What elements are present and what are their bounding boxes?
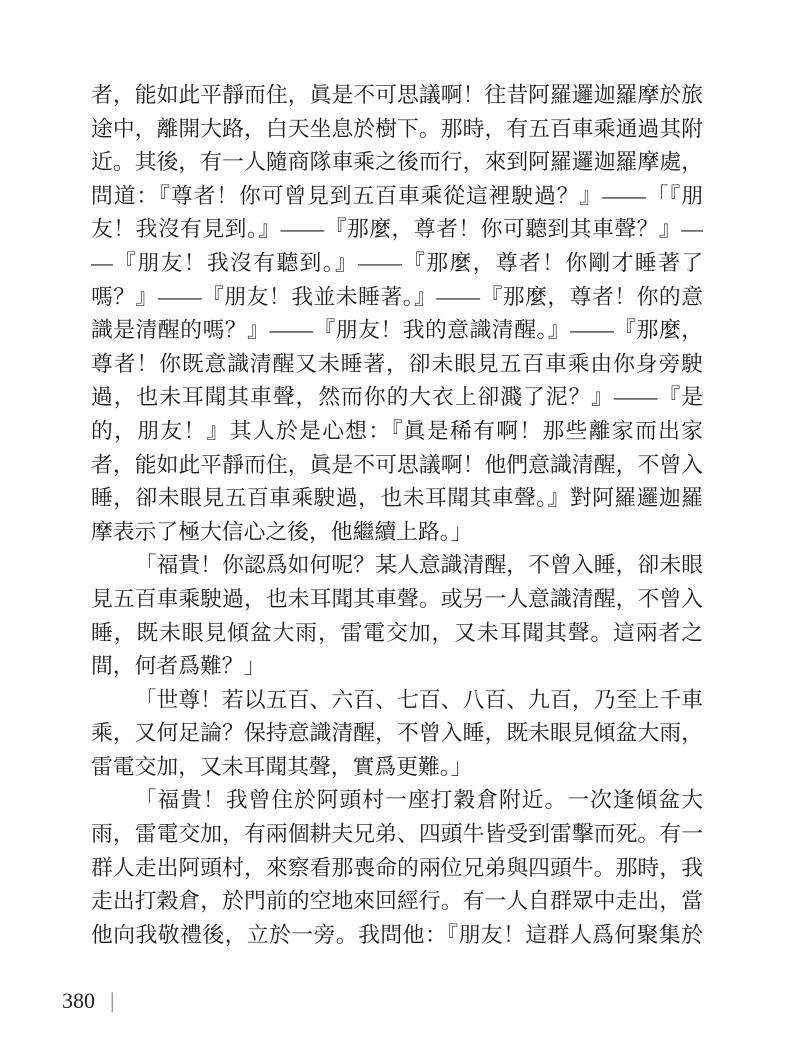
- text-line: 友！我沒有見到。』——『那麼，尊者！你可聽到其車聲？』—: [91, 213, 703, 247]
- text-block: 者，能如此平靜而住，眞是不可思議啊！往昔阿羅邏迦羅摩於旅 途中，離開大路，白天坐…: [91, 79, 703, 952]
- page-footer: 380|: [62, 988, 114, 1014]
- text-line: 識是清醒的嗎？』——『朋友！我的意識清醒。』——『那麼，: [91, 314, 703, 348]
- text-line: 「福貴！你認爲如何呢？某人意識清醒，不曾入睡，卻未眼: [91, 549, 703, 583]
- footer-divider: |: [111, 988, 114, 1014]
- text-line: 見五百車乘駛過，也未耳聞其車聲。或另一人意識清醒，不曾入: [91, 583, 703, 617]
- text-line: 摩表示了極大信心之後，他繼續上路。」: [91, 516, 703, 550]
- text-line: 雨，雷電交加，有兩個耕夫兄弟、四頭牛皆受到雷擊而死。有一: [91, 818, 703, 852]
- text-line: 睡，卻未眼見五百車乘駛過，也未耳聞其車聲。』對阿羅邏迦羅: [91, 482, 703, 516]
- text-line: 雷電交加，又未耳聞其聲，實爲更難。」: [91, 751, 703, 785]
- text-line: 者，能如此平靜而住，眞是不可思議啊！他們意識清醒，不曾入: [91, 449, 703, 483]
- text-line: 問道：『尊者！你可曾見到五百車乘從這裡駛過？』——「『朋: [91, 180, 703, 214]
- text-line: 「世尊！若以五百、六百、七百、八百、九百，乃至上千車: [91, 684, 703, 718]
- page-number: 380: [62, 988, 95, 1013]
- text-line: 途中，離開大路，白天坐息於樹下。那時，有五百車乘通過其附: [91, 113, 703, 147]
- text-line: 間，何者爲難？」: [91, 650, 703, 684]
- text-line: 睡，既未眼見傾盆大雨，雷電交加，又未耳聞其聲。這兩者之: [91, 617, 703, 651]
- text-line: 他向我敬禮後，立於一旁。我問他：『朋友！這群人爲何聚集於: [91, 919, 703, 953]
- text-line: 尊者！你既意識清醒又未睡著，卻未眼見五百車乘由你身旁駛: [91, 348, 703, 382]
- text-line: 過，也未耳聞其車聲，然而你的大衣上卻濺了泥？』——『是: [91, 381, 703, 415]
- text-line: 走出打穀倉，於門前的空地來回經行。有一人自群眾中走出，當: [91, 885, 703, 919]
- book-page: 者，能如此平靜而住，眞是不可思議啊！往昔阿羅邏迦羅摩於旅 途中，離開大路，白天坐…: [0, 0, 792, 1056]
- text-line: —『朋友！我沒有聽到。』——『那麼，尊者！你剛才睡著了: [91, 247, 703, 281]
- text-line: 「福貴！我曾住於阿頭村一座打穀倉附近。一次逢傾盆大: [91, 784, 703, 818]
- text-line: 者，能如此平靜而住，眞是不可思議啊！往昔阿羅邏迦羅摩於旅: [91, 79, 703, 113]
- text-line: 近。其後，有一人隨商隊車乘之後而行，來到阿羅邏迦羅摩處，: [91, 146, 703, 180]
- text-line: 乘，又何足論？保持意識清醒，不曾入睡，既未眼見傾盆大雨，: [91, 717, 703, 751]
- text-line: 嗎？』——『朋友！我並未睡著。』——『那麼，尊者！你的意: [91, 281, 703, 315]
- text-line: 群人走出阿頭村，來察看那喪命的兩位兄弟與四頭牛。那時，我: [91, 852, 703, 886]
- text-line: 的，朋友！』其人於是心想：『眞是稀有啊！那些離家而出家: [91, 415, 703, 449]
